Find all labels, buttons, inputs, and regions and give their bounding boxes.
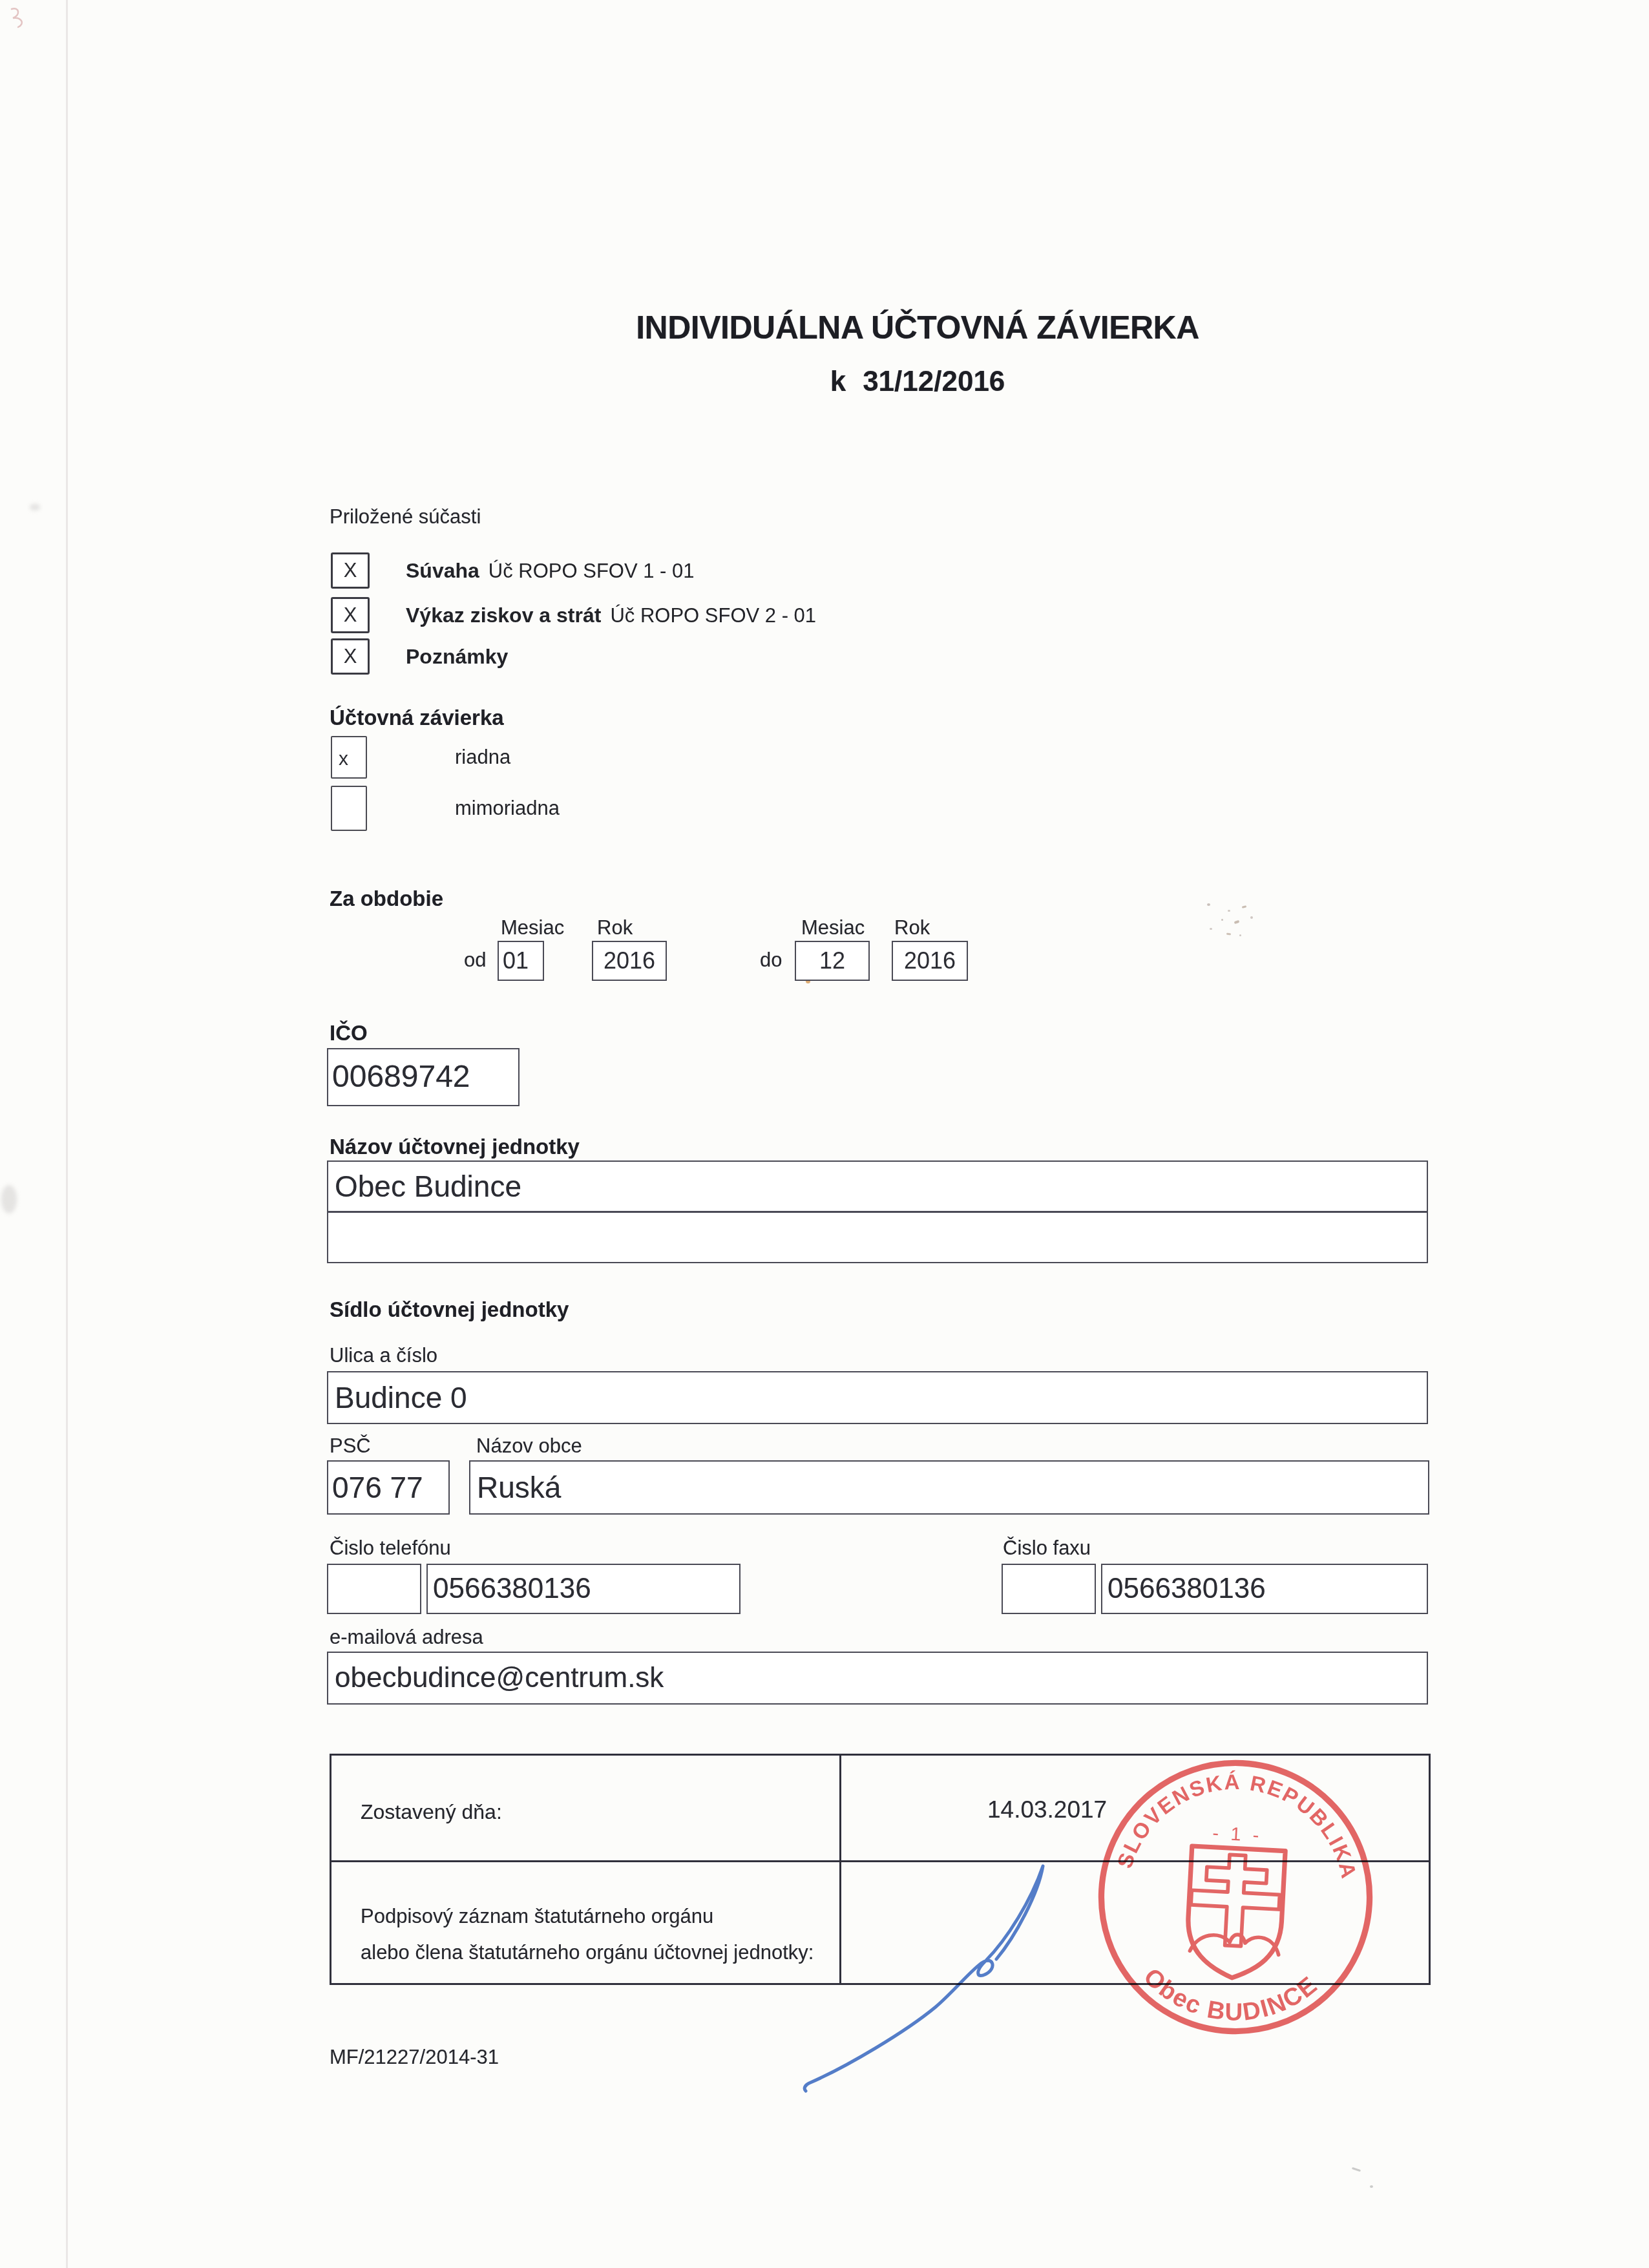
checkbox-mark: X <box>344 645 357 667</box>
checkbox-mark <box>332 798 339 819</box>
entity-name-field: Obec Budince <box>327 1160 1428 1212</box>
ico-field: 00689742 <box>327 1048 520 1106</box>
option-label: riadna <box>455 746 510 768</box>
attached-item-label: Poznámky <box>406 645 508 668</box>
ink-speck <box>1239 934 1241 936</box>
city-value: Ruská <box>470 1462 1428 1513</box>
period-from-month-field: 01 <box>498 941 544 981</box>
email-label: e-mailová adresa <box>330 1626 483 1649</box>
compiled-date-value: 14.03.2017 <box>987 1796 1107 1823</box>
phone-value: 0566380136 <box>428 1565 739 1613</box>
checkbox-mark: x <box>332 748 348 770</box>
closing-date: 31/12/2016 <box>863 366 1005 397</box>
fax-area-field <box>1002 1564 1096 1614</box>
scan-squiggle-artifact <box>6 5 36 34</box>
period-to-label: do <box>760 949 782 972</box>
signature-label-line1: Podpisový záznam štatutárneho orgánu <box>361 1905 713 1928</box>
zip-label: PSČ <box>330 1434 371 1458</box>
form-reference-number: MF/21227/2014-31 <box>330 2046 499 2069</box>
seat-heading: Sídlo účtovnej jednotky <box>330 1297 569 1322</box>
checkbox-riadna: x <box>331 736 367 779</box>
street-value: Budince 0 <box>328 1372 1427 1423</box>
attached-item-suvaha: X SúvahaÚč ROPO SFOV 1 - 01 <box>331 552 695 589</box>
email-field: obecbudince@centrum.sk <box>327 1652 1428 1705</box>
attached-item-label: Súvaha <box>406 559 479 582</box>
signature-label-line2: alebo člena štatutárneho orgánu účtovnej… <box>361 1941 814 1964</box>
stamp-ring <box>1095 1756 1376 2038</box>
street-field: Budince 0 <box>327 1371 1428 1424</box>
slovak-coat-of-arms-icon <box>1185 1846 1285 1980</box>
scan-smudge <box>30 504 40 510</box>
city-field: Ruská <box>469 1460 1429 1515</box>
phone-area-field <box>327 1564 421 1614</box>
option-riadna: x riadna <box>331 736 510 779</box>
ink-speck <box>1207 903 1210 906</box>
checkbox-mark: X <box>344 559 357 582</box>
ink-speck <box>1370 2185 1373 2188</box>
period-from-label: od <box>464 949 486 972</box>
handwritten-signature <box>762 1842 1098 2113</box>
fax-label: Čislo faxu <box>1003 1537 1091 1560</box>
entity-name-label: Názov účtovnej jednotky <box>330 1135 580 1159</box>
entity-name-field-2 <box>327 1212 1428 1263</box>
option-label: mimoriadna <box>455 797 560 819</box>
period-to-year-field: 2016 <box>892 941 968 981</box>
attached-parts-heading: Priložené súčasti <box>330 505 481 529</box>
ink-speck <box>1226 932 1231 935</box>
period-to-month-field: 12 <box>795 941 870 981</box>
checkbox-mark: X <box>344 604 357 626</box>
checkbox-suvaha: X <box>331 552 370 589</box>
year-label: Rok <box>894 916 930 940</box>
email-value: obecbudince@centrum.sk <box>328 1653 1427 1703</box>
ink-speck <box>1242 905 1246 908</box>
checkbox-vykaz: X <box>331 597 370 633</box>
ink-speck <box>1352 2167 1361 2172</box>
form-title: INDIVIDUÁLNA ÚČTOVNÁ ZÁVIERKA <box>582 309 1254 346</box>
checkbox-poznamky: X <box>331 638 370 675</box>
form-subtitle: k31/12/2016 <box>582 366 1254 398</box>
phone-label: Čislo telefónu <box>330 1537 451 1560</box>
period-from-year-field: 2016 <box>592 941 667 981</box>
year-label: Rok <box>597 916 633 940</box>
closing-type-heading: Účtovná závierka <box>330 706 504 730</box>
option-mimoriadna: mimoriadna <box>331 786 560 831</box>
zip-value: 076 77 <box>328 1462 448 1513</box>
ink-speck <box>1210 928 1212 930</box>
checkbox-mimoriadna <box>331 786 367 831</box>
fax-value: 0566380136 <box>1102 1565 1427 1613</box>
attached-item-label: Výkaz ziskov a strát <box>406 604 601 627</box>
ink-speck <box>1221 919 1223 921</box>
fax-field: 0566380136 <box>1101 1564 1428 1614</box>
stamp-bottom-text: Obec BUDINCE <box>1136 1962 1324 2031</box>
month-label: Mesiac <box>501 916 564 940</box>
ink-speck <box>1234 920 1240 924</box>
period-heading: Za obdobie <box>330 887 443 911</box>
entity-name-value: Obec Budince <box>328 1162 1427 1211</box>
compiled-date-label: Zostavený dňa: <box>361 1800 502 1824</box>
scan-line-artifact <box>66 0 68 2268</box>
attached-item-poznamky: X Poznámky <box>331 638 517 675</box>
ink-speck <box>1228 910 1230 912</box>
month-label: Mesiac <box>801 916 865 940</box>
ink-speck <box>1250 916 1253 919</box>
official-round-stamp: SLOVENSKÁ REPUBLIKA Obec BUDINCE - 1 - <box>1092 1754 1379 2041</box>
stamp-top-text: SLOVENSKÁ REPUBLIKA <box>1113 1763 1366 1884</box>
street-label: Ulica a číslo <box>330 1344 437 1367</box>
city-label: Názov obce <box>476 1434 582 1458</box>
attached-item-form-code: Úč ROPO SFOV 1 - 01 <box>488 560 695 582</box>
phone-field: 0566380136 <box>426 1564 740 1614</box>
stamp-number: - 1 - <box>1212 1823 1263 1846</box>
ico-label: IČO <box>330 1021 368 1045</box>
subtitle-prefix: k <box>830 366 846 397</box>
attached-item-form-code: Úč ROPO SFOV 2 - 01 <box>610 604 816 627</box>
ico-value: 00689742 <box>328 1049 518 1105</box>
scan-smudge <box>1 1185 17 1213</box>
zip-field: 076 77 <box>327 1460 450 1515</box>
attached-item-vykaz: X Výkaz ziskov a strátÚč ROPO SFOV 2 - 0… <box>331 597 816 633</box>
scanned-form-page: INDIVIDUÁLNA ÚČTOVNÁ ZÁVIERKA k31/12/201… <box>0 0 1649 2268</box>
